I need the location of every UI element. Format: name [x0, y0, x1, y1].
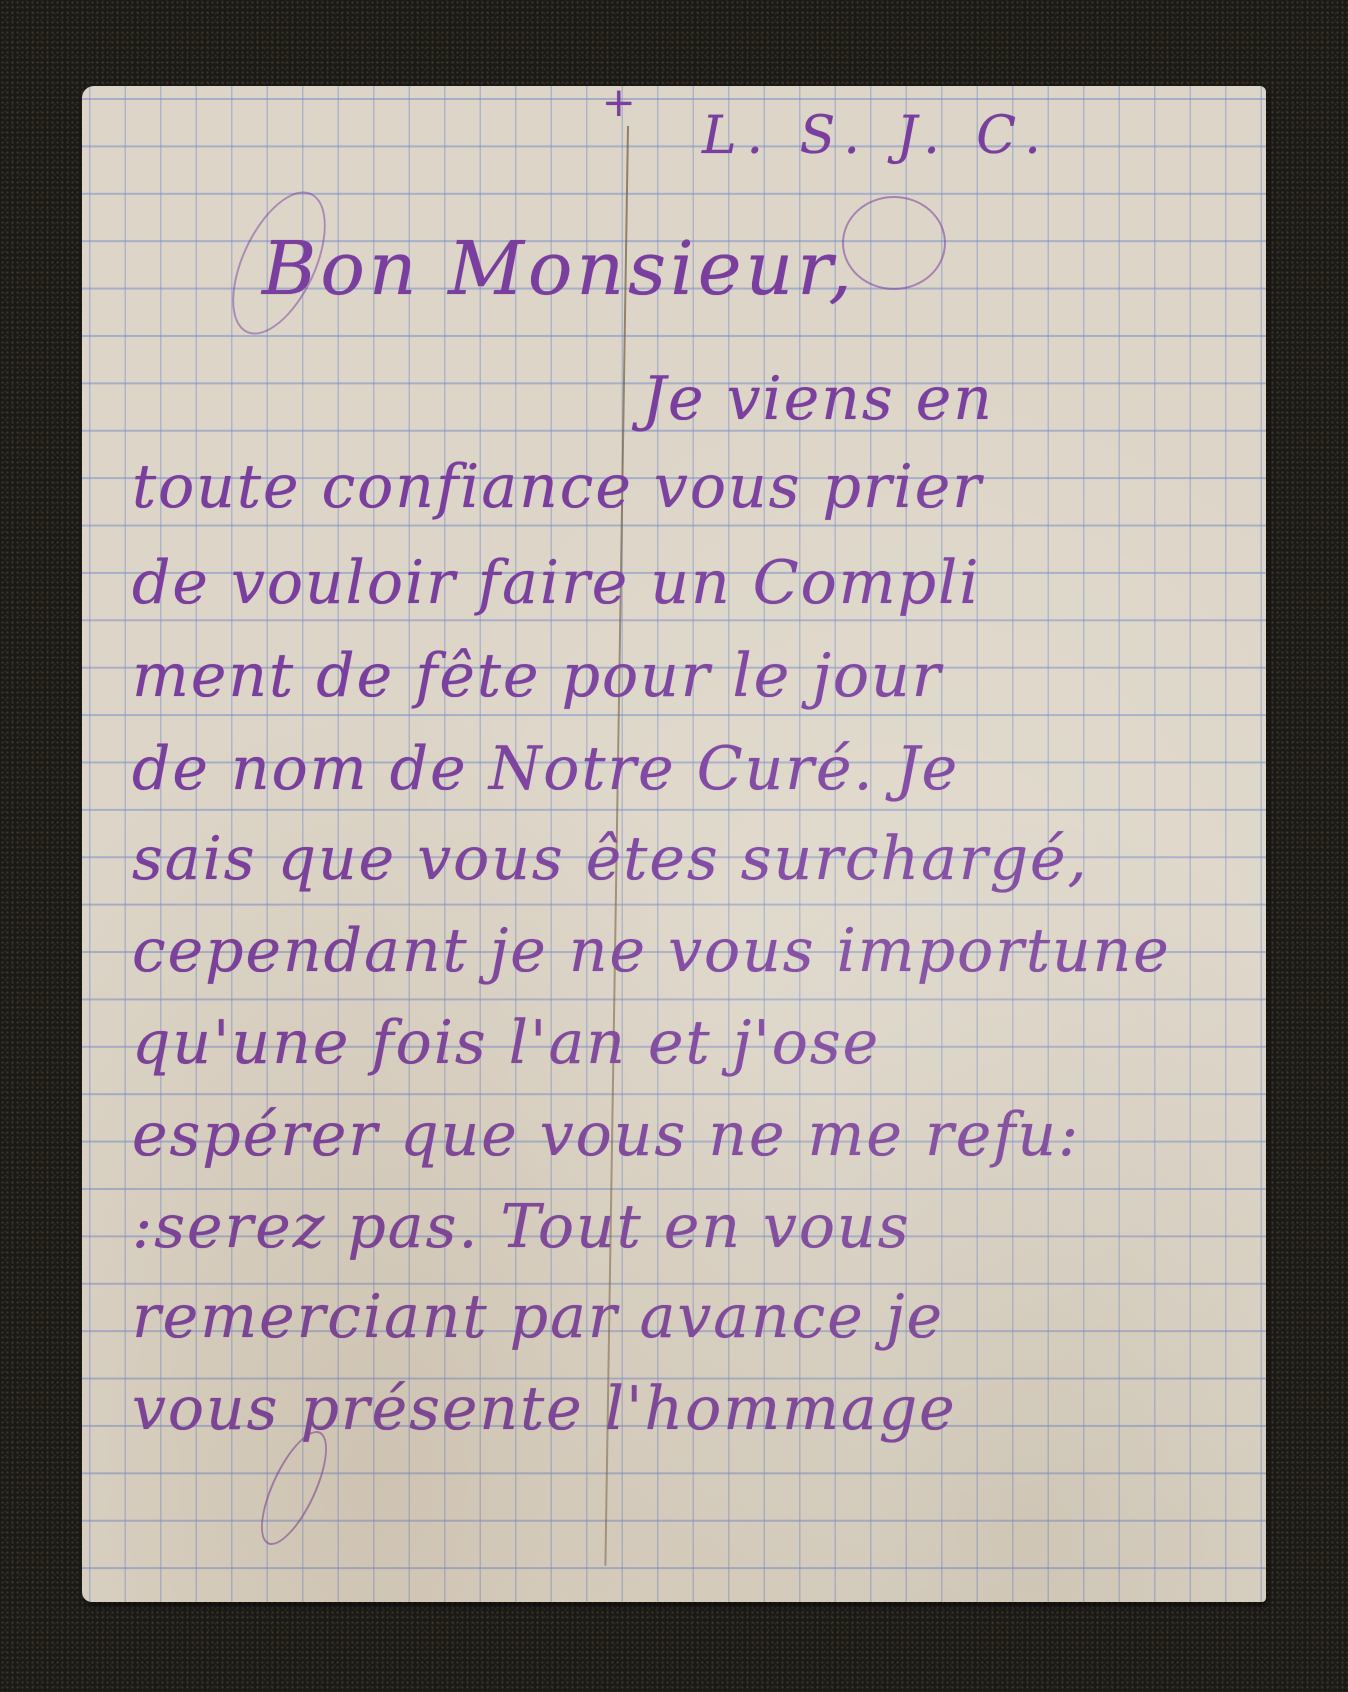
- letter-line-11: remerciant par avance je: [132, 1282, 944, 1352]
- letter-line-7: cependant je ne vous importune: [132, 916, 1171, 986]
- letter-line-12: vous présente l'hommage: [132, 1374, 957, 1444]
- letter-line-8: qu'une fois l'an et j'ose: [132, 1008, 880, 1078]
- letter-line-2: toute confiance vous prier: [132, 452, 983, 522]
- salutation: Bon Monsieur,: [262, 226, 856, 312]
- monsieur-flourish: [842, 196, 946, 290]
- letter-line-6: sais que vous êtes surchargé,: [132, 824, 1089, 894]
- letter-line-4: ment de fête pour le jour: [132, 641, 942, 711]
- letter-initials: L. S. J. C.: [702, 106, 1051, 166]
- letter-line-1: Je viens en: [642, 364, 994, 434]
- letter-line-3: de vouloir faire un Compli: [132, 548, 980, 618]
- letter-page: + L. S. J. C. Bon Monsieur, Je viens en …: [82, 86, 1266, 1602]
- letter-line-5: de nom de Notre Curé. Je: [132, 734, 959, 804]
- cross-mark: +: [602, 86, 638, 126]
- letter-line-9: espérer que vous ne me refu:: [132, 1100, 1080, 1170]
- letter-line-10: :serez pas. Tout en vous: [132, 1192, 911, 1262]
